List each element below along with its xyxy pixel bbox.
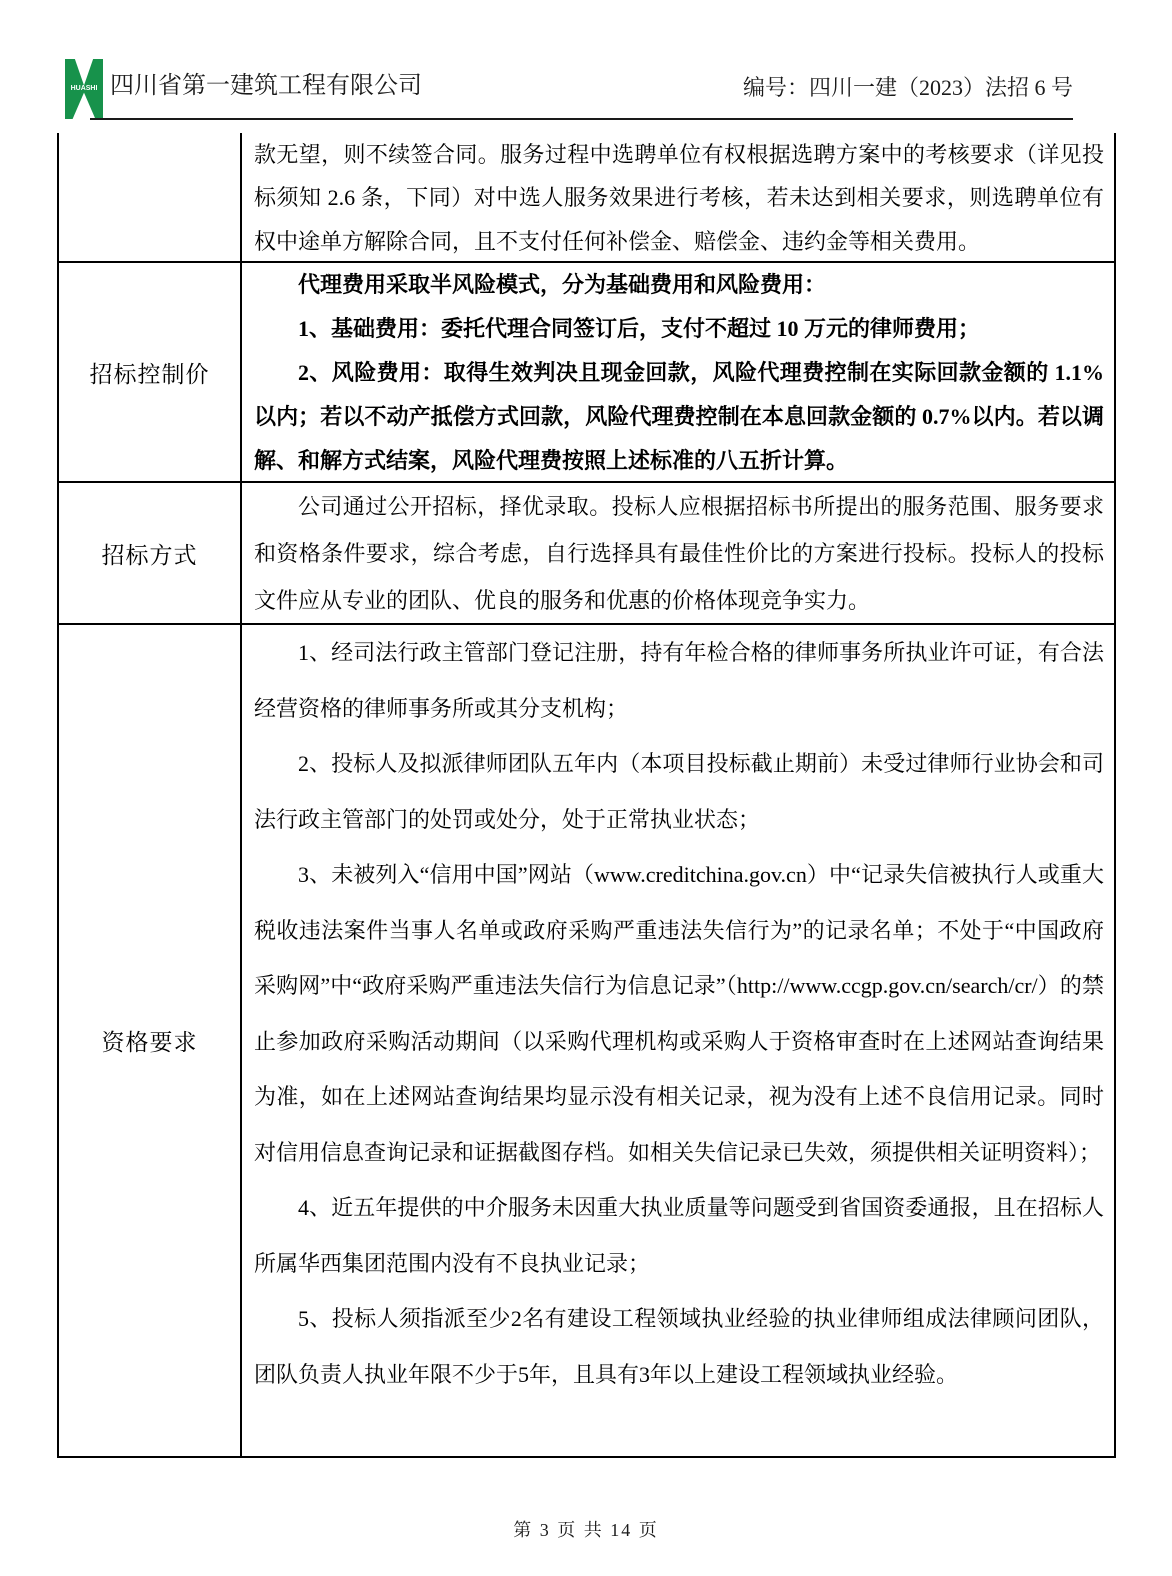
row-content-qualification: 1、经司法行政主管部门登记注册，持有年检合格的律师事务所执业许可证，有合法经营资…	[242, 625, 1114, 1456]
row-label-empty	[59, 133, 242, 261]
table-row-continuation: 款无望，则不续签合同。服务过程中选聘单位有权根据选聘方案中的考核要求（详见投标须…	[59, 133, 1114, 263]
row-content-control-price: 代理费用采取半风险模式，分为基础费用和风险费用： 1、基础费用：委托代理合同签订…	[242, 263, 1114, 481]
row-label-tender-method: 招标方式	[59, 483, 242, 623]
paragraph: 1、基础费用：委托代理合同签订后，支付不超过 10 万元的律师费用；	[254, 307, 1104, 351]
row-content-tender-method: 公司通过公开招标，择优录取。投标人应根据招标书所提出的服务范围、服务要求和资格条…	[242, 483, 1114, 623]
paragraph: 款无望，则不续签合同。服务过程中选聘单位有权根据选聘方案中的考核要求（详见投标须…	[254, 133, 1104, 261]
paragraph: 公司通过公开招标，择优录取。投标人应根据招标书所提出的服务范围、服务要求和资格条…	[254, 483, 1104, 623]
paragraph: 2、投标人及拟派律师团队五年内（本项目投标截止期前）未受过律师行业协会和司法行政…	[254, 736, 1104, 847]
paragraph: 5、投标人须指派至少2名有建设工程领域执业经验的执业律师组成法律顾问团队，团队负…	[254, 1291, 1104, 1402]
huashi-logo: HUASHI	[65, 59, 103, 119]
company-name: 四川省第一建筑工程有限公司	[110, 66, 422, 106]
page-number: 第 3 页 共 14 页	[0, 1516, 1172, 1542]
paragraph: 代理费用采取半风险模式，分为基础费用和风险费用：	[254, 263, 1104, 307]
tender-info-table: 款无望，则不续签合同。服务过程中选聘单位有权根据选聘方案中的考核要求（详见投标须…	[57, 133, 1116, 1458]
paragraph: 3、未被列入“信用中国”网站（www.creditchina.gov.cn）中“…	[254, 847, 1104, 1180]
paragraph: 4、近五年提供的中介服务未因重大执业质量等问题受到省国资委通报，且在招标人所属华…	[254, 1180, 1104, 1291]
logo-wordmark: HUASHI	[65, 85, 103, 93]
document-number: 编号：四川一建（2023）法招 6 号	[743, 70, 1073, 106]
row-label-control-price: 招标控制价	[59, 263, 242, 481]
table-row-tender-method: 招标方式 公司通过公开招标，择优录取。投标人应根据招标书所提出的服务范围、服务要…	[59, 483, 1114, 625]
table-row-control-price: 招标控制价 代理费用采取半风险模式，分为基础费用和风险费用： 1、基础费用：委托…	[59, 263, 1114, 483]
paragraph: 1、经司法行政主管部门登记注册，持有年检合格的律师事务所执业许可证，有合法经营资…	[254, 625, 1104, 736]
row-content-continuation: 款无望，则不续签合同。服务过程中选聘单位有权根据选聘方案中的考核要求（详见投标须…	[242, 133, 1114, 261]
document-page: HUASHI 四川省第一建筑工程有限公司 编号：四川一建（2023）法招 6 号…	[0, 0, 1172, 1576]
table-row-qualification: 资格要求 1、经司法行政主管部门登记注册，持有年检合格的律师事务所执业许可证，有…	[59, 625, 1114, 1458]
header-divider	[90, 118, 1073, 120]
paragraph: 2、风险费用：取得生效判决且现金回款，风险代理费控制在实际回款金额的 1.1%以…	[254, 351, 1104, 481]
row-label-qualification: 资格要求	[59, 625, 242, 1456]
